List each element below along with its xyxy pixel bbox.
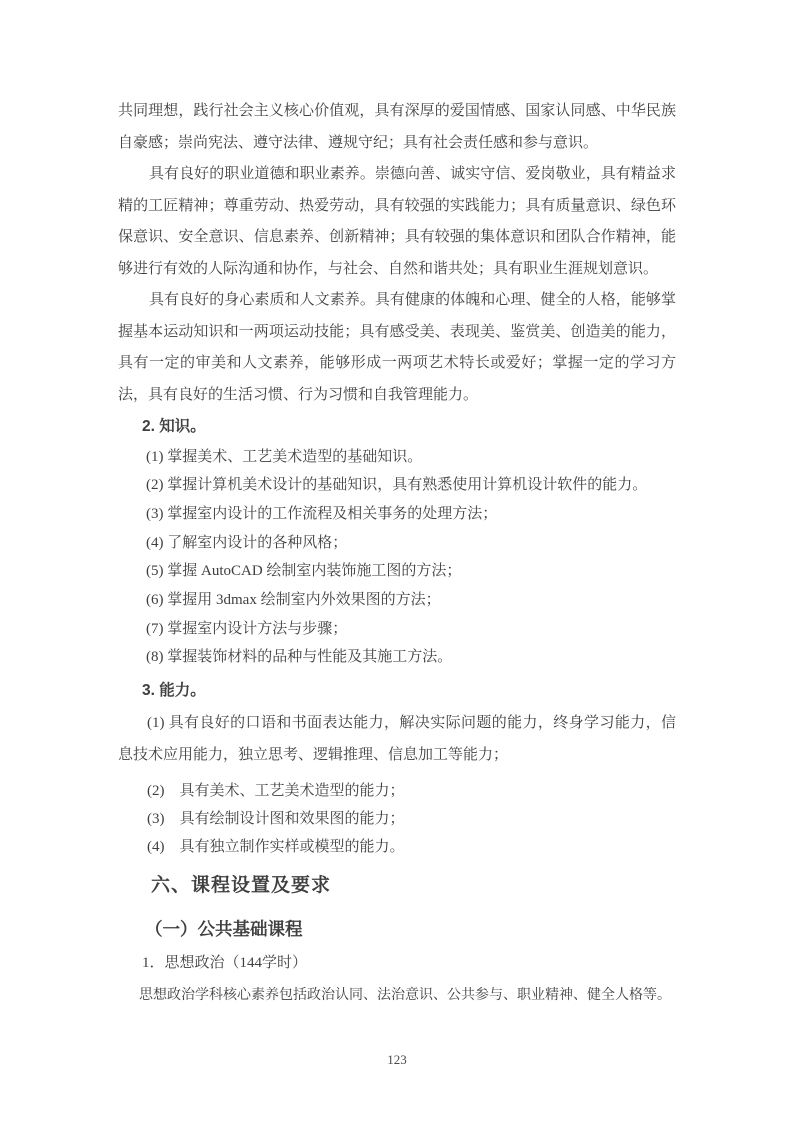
section-heading: （一）公共基础课程 [145,917,676,941]
body-paragraph: 共同理想，践行社会主义核心价值观，具有深厚的爱国情感、国家认同感、中华民族自豪感… [118,96,676,159]
ability-item: (3) 具有绘制设计图和效果图的能力； [147,805,676,833]
knowledge-item: (1) 掌握美术、工艺美术造型的基础知识。 [146,443,676,472]
knowledge-item: (6) 掌握用 3dmax 绘制室内外效果图的方法； [146,586,676,615]
ability-item: (4) 具有独立制作实样或模型的能力。 [147,833,676,861]
knowledge-item: (8) 掌握装饰材料的品种与性能及其施工方法。 [146,643,676,672]
ability-heading: 3. 能力。 [142,675,676,707]
course-description: 思想政治学科核心素养包括政治认同、法治意识、公共参与、职业精神、健全人格等。 [118,984,676,1008]
document-page: 共同理想，践行社会主义核心价值观，具有深厚的爱国情感、国家认同感、中华民族自豪感… [0,0,794,1123]
knowledge-list: (1) 掌握美术、工艺美术造型的基础知识。 (2) 掌握计算机美术设计的基础知识… [118,443,676,673]
body-paragraph: 具有良好的职业道德和职业素养。崇德向善、诚实守信、爱岗敬业，具有精益求精的工匠精… [118,159,676,285]
knowledge-item: (5) 掌握 AutoCAD 绘制室内装饰施工图的方法； [146,557,676,586]
knowledge-item: (7) 掌握室内设计方法与步骤； [146,615,676,644]
document-content: 共同理想，践行社会主义核心价值观，具有深厚的爱国情感、国家认同感、中华民族自豪感… [118,0,676,1008]
knowledge-heading: 2. 知识。 [142,411,676,443]
ability-list: (2) 具有美术、工艺美术造型的能力； (3) 具有绘制设计图和效果图的能力； … [118,777,676,861]
ability-lead-item: (1) 具有良好的口语和书面表达能力，解决实际问题的能力，终身学习能力，信息技术… [118,707,676,771]
body-paragraph: 具有良好的身心素质和人文素养。具有健康的体魄和心理、健全的人格，能够掌握基本运动… [118,285,676,411]
chapter-heading: 六、课程设置及要求 [151,873,676,899]
knowledge-item: (2) 掌握计算机美术设计的基础知识，具有熟悉使用计算机设计软件的能力。 [146,471,676,500]
knowledge-item: (3) 掌握室内设计的工作流程及相关事务的处理方法； [146,500,676,529]
course-title: 1．思想政治（144学时） [142,951,676,975]
ability-item: (2) 具有美术、工艺美术造型的能力； [147,777,676,805]
knowledge-item: (4) 了解室内设计的各种风格； [146,529,676,558]
page-number: 123 [0,1052,794,1068]
